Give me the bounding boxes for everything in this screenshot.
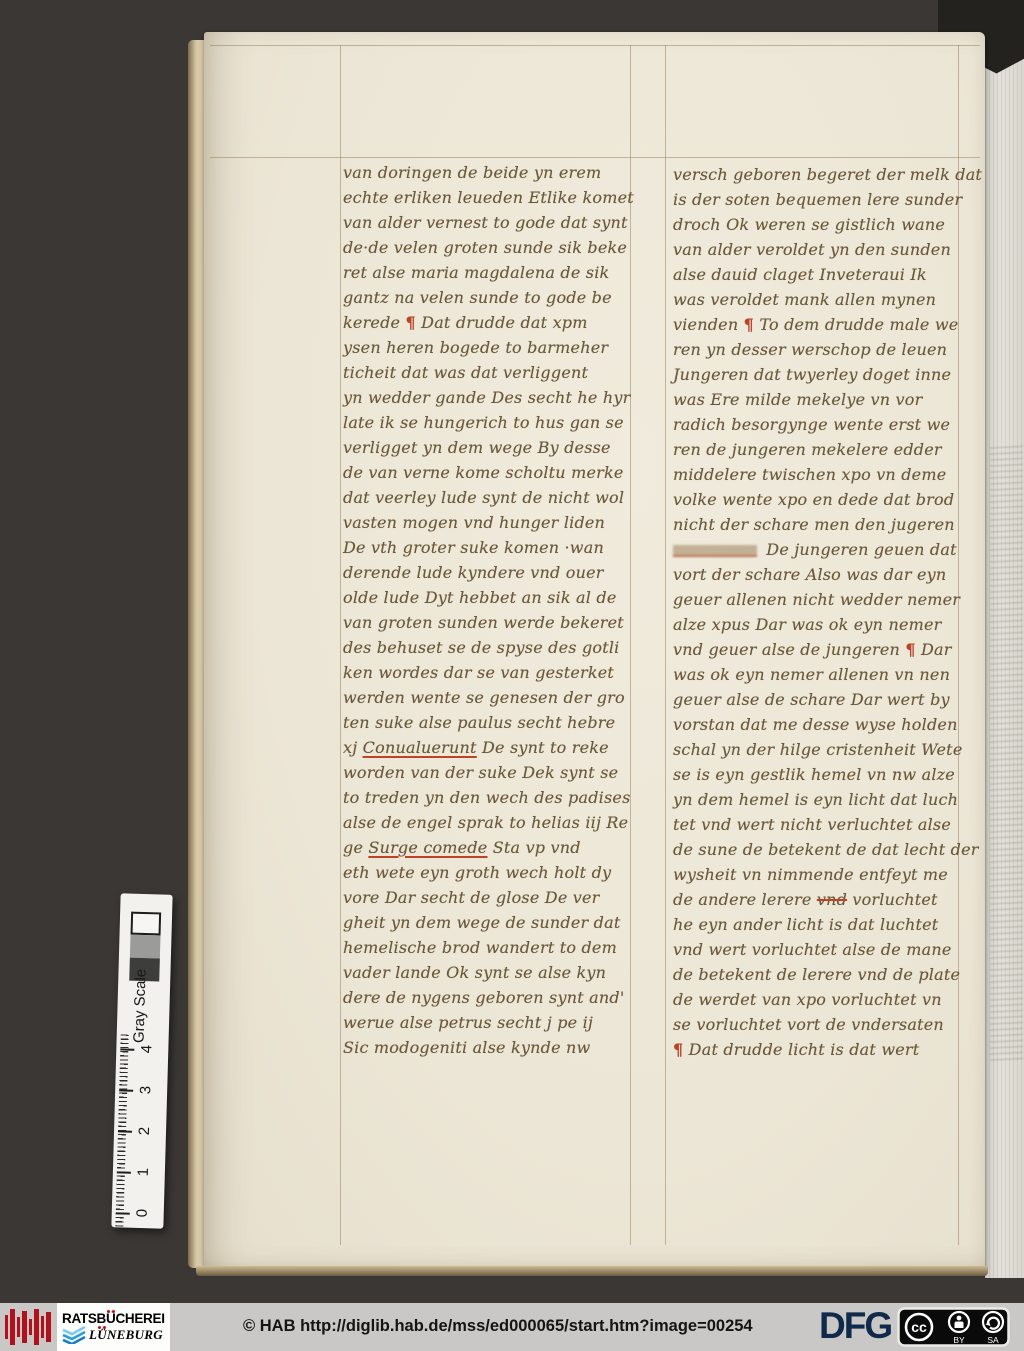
manuscript-text-line: de·de velen groten sunde sik beke xyxy=(343,235,635,260)
manuscript-text-line: tet vnd wert nicht verluchtet alse xyxy=(673,812,965,837)
library-city: LÜNEBURG xyxy=(89,1327,163,1343)
grayscale-ruler-label: Gray Scale xyxy=(130,961,149,1051)
manuscript-text-line: eth wete eyn groth wech holt dy xyxy=(343,860,635,885)
manuscript-text-line: ten suke alse paulus secht hebre xyxy=(343,710,635,735)
manuscript-text-line: van alder vernest to gode dat synt xyxy=(343,210,635,235)
manuscript-text-line: de van verne kome scholtu merke xyxy=(343,460,635,485)
manuscript-text-line: gantz na velen sunde to gode be xyxy=(343,285,635,310)
cc-by-sa-badge: cc BY SA xyxy=(897,1307,1010,1347)
library-name-part: RATSB xyxy=(62,1311,106,1326)
ruler-number: 0 xyxy=(134,1205,150,1221)
waves-icon xyxy=(62,1326,86,1344)
red-umlaut-dots xyxy=(107,1310,110,1313)
library-logo-bars-icon xyxy=(4,1307,52,1347)
ruling-line-horizontal xyxy=(210,45,980,46)
ink-smudge xyxy=(673,545,757,557)
manuscript-text-line: he eyn ander licht is dat luchtet xyxy=(673,912,965,937)
manuscript-text-line: Sic modogeniti alse kynde nw xyxy=(343,1035,635,1060)
manuscript-text-line: droch Ok weren se gistlich wane xyxy=(673,212,965,237)
ruler-number: 4 xyxy=(138,1041,154,1057)
manuscript-text-line: olde lude Dyt hebbet an sik al de xyxy=(343,585,635,610)
ruling-line-vertical xyxy=(665,45,666,1245)
library-logo: RATSBÜCHEREI LÜNEBURG xyxy=(57,1303,170,1351)
footer-bar: RATSBÜCHEREI LÜNEBURG © HAB http://digli… xyxy=(0,1303,1024,1351)
manuscript-text-line: van groten sunden werde bekeret xyxy=(343,610,635,635)
manuscript-text-line: volke wente xpo en dede dat brod xyxy=(673,487,965,512)
ruler-number: 1 xyxy=(135,1164,151,1180)
grayscale-patch-white xyxy=(131,912,162,936)
manuscript-text-line: ret alse maria magdalena de sik xyxy=(343,260,635,285)
manuscript-text-line: vnd geuer alse de jungeren ¶ Dar xyxy=(673,637,965,662)
manuscript-text-line: ticheit dat was dat verliggent xyxy=(343,360,635,385)
cc-label: cc xyxy=(911,1319,927,1335)
ruler-major-tick xyxy=(116,1212,130,1214)
ruling-line-horizontal xyxy=(210,157,980,158)
page-bottom-edge xyxy=(196,1266,988,1276)
library-name-part: CHEREI xyxy=(115,1311,164,1326)
manuscript-text-line: de werdet van xpo vorluchtet vn xyxy=(673,987,965,1012)
fore-edge-ghost-text xyxy=(990,444,1023,1061)
ruler-major-tick xyxy=(118,1130,132,1132)
manuscript-text-line: derende lude kyndere vnd ouer xyxy=(343,560,635,585)
manuscript-text-line: alze xpus Dar was ok eyn nemer xyxy=(673,612,965,637)
grayscale-ruler: Gray Scale 4 3 2 1 0 xyxy=(111,893,172,1228)
manuscript-text-line: versch geboren begeret der melk dat xyxy=(673,162,965,187)
manuscript-text-line: geuer allenen nicht wedder nemer xyxy=(673,587,965,612)
manuscript-text-line: is der soten bequemen lere sunder xyxy=(673,187,965,212)
manuscript-text-line: to treden yn den wech des padises xyxy=(343,785,635,810)
manuscript-text-line: Jungeren dat twyerley doget inne xyxy=(673,362,965,387)
manuscript-text-line: yn dem hemel is eyn licht dat luch xyxy=(673,787,965,812)
manuscript-text-line: de andere lerere vnd vorluchtet xyxy=(673,887,965,912)
manuscript-text-line: ¶ Dat drudde licht is dat wert xyxy=(673,1037,965,1062)
manuscript-text-line: wysheit vn nimmende entfeyt me xyxy=(673,862,965,887)
manuscript-text-line: vorstan dat me desse wyse holden xyxy=(673,712,965,737)
manuscript-text-line: se vorluchtet vort de vndersaten xyxy=(673,1012,965,1037)
manuscript-text-line: vore Dar secht de glose De ver xyxy=(343,885,635,910)
manuscript-column-right: versch geboren begeret der melk datis de… xyxy=(673,162,965,1062)
manuscript-text-line: se is eyn gestlik hemel vn nw alze xyxy=(673,762,965,787)
manuscript-column-left: van doringen de beide yn eremechte erlik… xyxy=(343,160,635,1060)
manuscript-text-line: hemelische brod wandert to dem xyxy=(343,935,635,960)
manuscript-text-line: dat veerley lude synt de nicht wol xyxy=(343,485,635,510)
manuscript-text-line: late ik se hungerich to hus gan se xyxy=(343,410,635,435)
manuscript-text-line: werue alse petrus secht j pe ij xyxy=(343,1010,635,1035)
manuscript-text-line: nicht der schare men den jugeren xyxy=(673,512,965,537)
copyright-url: © HAB http://diglib.hab.de/mss/ed000065/… xyxy=(243,1317,753,1336)
manuscript-text-line: middelere twischen xpo vn deme xyxy=(673,462,965,487)
manuscript-text-line: vienden ¶ To dem drudde male we xyxy=(673,312,965,337)
manuscript-text-line: was veroldet mank allen mynen xyxy=(673,287,965,312)
ruling-line-vertical xyxy=(340,45,341,1245)
manuscript-text-line: echte erliken leueden Etlike komet xyxy=(343,185,635,210)
manuscript-text-line: was ok eyn nemer allenen vn nen xyxy=(673,662,965,687)
manuscript-text-line: xj Conualuerunt De synt to reke xyxy=(343,735,635,760)
by-label: BY xyxy=(953,1335,965,1345)
manuscript-text-line: geuer alse de schare Dar wert by xyxy=(673,687,965,712)
red-umlaut-dots xyxy=(98,1326,101,1329)
manuscript-text-line: De vth groter suke komen ·wan xyxy=(343,535,635,560)
manuscript-text-line: werden wente se genesen der gro xyxy=(343,685,635,710)
dfg-logo: DFG xyxy=(819,1305,891,1347)
manuscript-text-line: yn wedder gande Des secht he hyr xyxy=(343,385,635,410)
ruler-major-tick xyxy=(119,1089,133,1091)
manuscript-text-line: de sune de betekent de dat lecht der xyxy=(673,837,965,862)
manuscript-text-line: des behuset se de spyse des gotli xyxy=(343,635,635,660)
manuscript-text-line: vort der schare Also was dar eyn xyxy=(673,562,965,587)
manuscript-text-line: ge Surge comede Sta vp vnd xyxy=(343,835,635,860)
manuscript-text-line: alse de engel sprak to helias iij Re xyxy=(343,810,635,835)
library-name-line1: RATSBÜCHEREI xyxy=(62,1311,170,1326)
manuscript-text-line: ken wordes dar se van gesterket xyxy=(343,660,635,685)
manuscript-text-line: worden van der suke Dek synt se xyxy=(343,760,635,785)
manuscript-text-line: van doringen de beide yn erem xyxy=(343,160,635,185)
manuscript-text-line: ren yn desser werschop de leuen xyxy=(673,337,965,362)
manuscript-text-line: was Ere milde mekelye vn vor xyxy=(673,387,965,412)
library-name-line2: LÜNEBURG xyxy=(62,1326,170,1344)
ruler-number: 2 xyxy=(136,1123,152,1139)
manuscript-text-line: vasten mogen vnd hunger liden xyxy=(343,510,635,535)
manuscript-text-line: alse dauid claget Inveteraui Ik xyxy=(673,262,965,287)
grayscale-patch-gray xyxy=(130,935,161,959)
manuscript-text-line: radich besorgynge wente erst we xyxy=(673,412,965,437)
manuscript-text-line: verligget yn dem wege By desse xyxy=(343,435,635,460)
sa-label: SA xyxy=(987,1335,999,1345)
ruler-number: 3 xyxy=(137,1082,153,1098)
manuscript-text-line: kerede ¶ Dat drudde dat xpm xyxy=(343,310,635,335)
manuscript-text-line: de betekent de lerere vnd de plate xyxy=(673,962,965,987)
manuscript-text-line: dere de nygens geboren synt and' xyxy=(343,985,635,1010)
manuscript-text-line: ysen heren bogede to barmeher xyxy=(343,335,635,360)
manuscript-text-line: van alder veroldet yn den sunden xyxy=(673,237,965,262)
library-name-umlaut: Ü xyxy=(106,1311,115,1326)
manuscript-text-line: ren de jungeren mekelere edder xyxy=(673,437,965,462)
manuscript-text-line: vnd wert vorluchtet alse de mane xyxy=(673,937,965,962)
ruler-major-tick xyxy=(120,1048,134,1050)
manuscript-text-line: vader lande Ok synt se alse kyn xyxy=(343,960,635,985)
manuscript-text-line: schal yn der hilge cristenheit Wete xyxy=(673,737,965,762)
ruler-major-tick xyxy=(117,1171,131,1173)
manuscript-text-line: De jungeren geuen dat xyxy=(673,537,965,562)
manuscript-text-line: gheit yn dem wege de sunder dat xyxy=(343,910,635,935)
